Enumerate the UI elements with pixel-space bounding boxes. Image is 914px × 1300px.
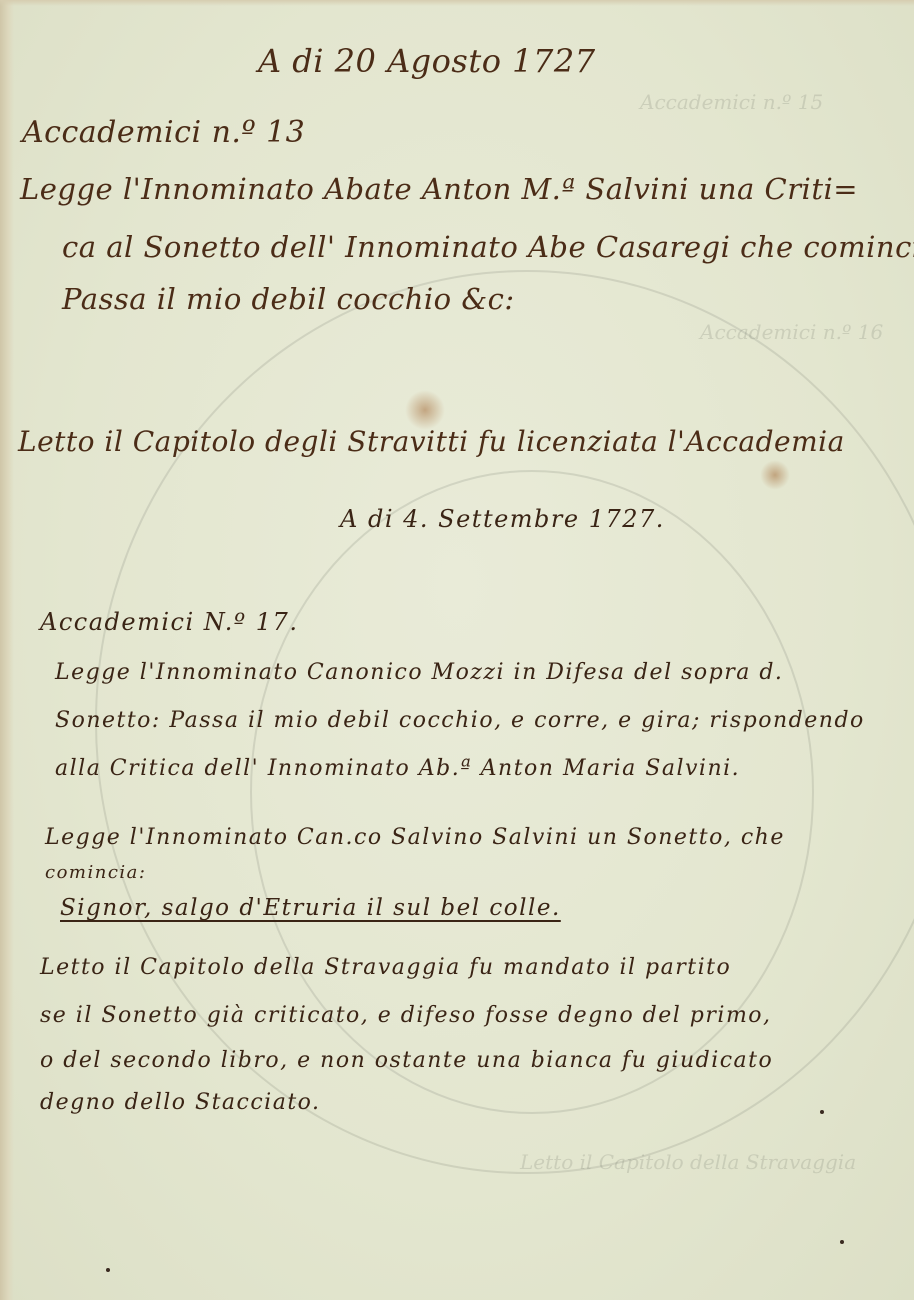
- manuscript-page: Accademici n.º 15 Letto il Capitolo dell…: [0, 0, 914, 1300]
- bleed-through-text: Accademici n.º 16: [700, 320, 883, 344]
- entry-1-closing: Letto il Capitolo degli Stravitti fu lic…: [18, 425, 845, 458]
- entry-2-para-1-line-1: Legge l'Innominato Canonico Mozzi in Dif…: [55, 660, 783, 685]
- ink-speck: [820, 1110, 824, 1114]
- entry-1-date: A di 20 Agosto 1727: [258, 42, 596, 80]
- entry-2-quoted-incipit: Signor, salgo d'Etruria il sul bel colle…: [60, 895, 561, 921]
- entry-2-para-3-line-3: o del secondo libro, e non ostante una b…: [40, 1048, 773, 1073]
- entry-2-para-2-line-2: comincia:: [45, 862, 146, 883]
- entry-2-date: A di 4. Settembre 1727.: [340, 505, 665, 533]
- entry-1-line-2: ca al Sonetto dell' Innominato Abe Casar…: [62, 230, 914, 264]
- page-edge-shadow: [0, 0, 14, 1300]
- bleed-through-text: Accademici n.º 15: [640, 90, 823, 114]
- entry-1-academicians: Accademici n.º 13: [22, 115, 305, 150]
- ink-speck: [840, 1240, 844, 1244]
- page-top-edge: [0, 0, 914, 6]
- bleed-through-text: Letto il Capitolo della Stravaggia: [520, 1150, 856, 1174]
- entry-2-para-1-line-3: alla Critica dell' Innominato Ab.ª Anton…: [55, 756, 740, 781]
- entry-2-para-2-line-1: Legge l'Innominato Can.co Salvino Salvin…: [45, 825, 785, 850]
- entry-2-para-1-line-2: Sonetto: Passa il mio debil cocchio, e c…: [55, 708, 865, 733]
- entry-2-para-3-line-1: Letto il Capitolo della Stravaggia fu ma…: [40, 955, 731, 980]
- ink-stain: [405, 390, 445, 430]
- entry-2-academicians: Accademici N.º 17.: [40, 608, 298, 636]
- entry-2-para-3-line-2: se il Sonetto già criticato, e difeso fo…: [40, 1003, 772, 1028]
- entry-2-para-3-line-4: degno dello Stacciato.: [40, 1090, 321, 1115]
- entry-1-line-1: Legge l'Innominato Abate Anton M.ª Salvi…: [20, 172, 858, 206]
- ink-speck: [106, 1268, 110, 1272]
- entry-1-line-3: Passa il mio debil cocchio &c:: [62, 282, 515, 316]
- ink-stain: [760, 460, 790, 490]
